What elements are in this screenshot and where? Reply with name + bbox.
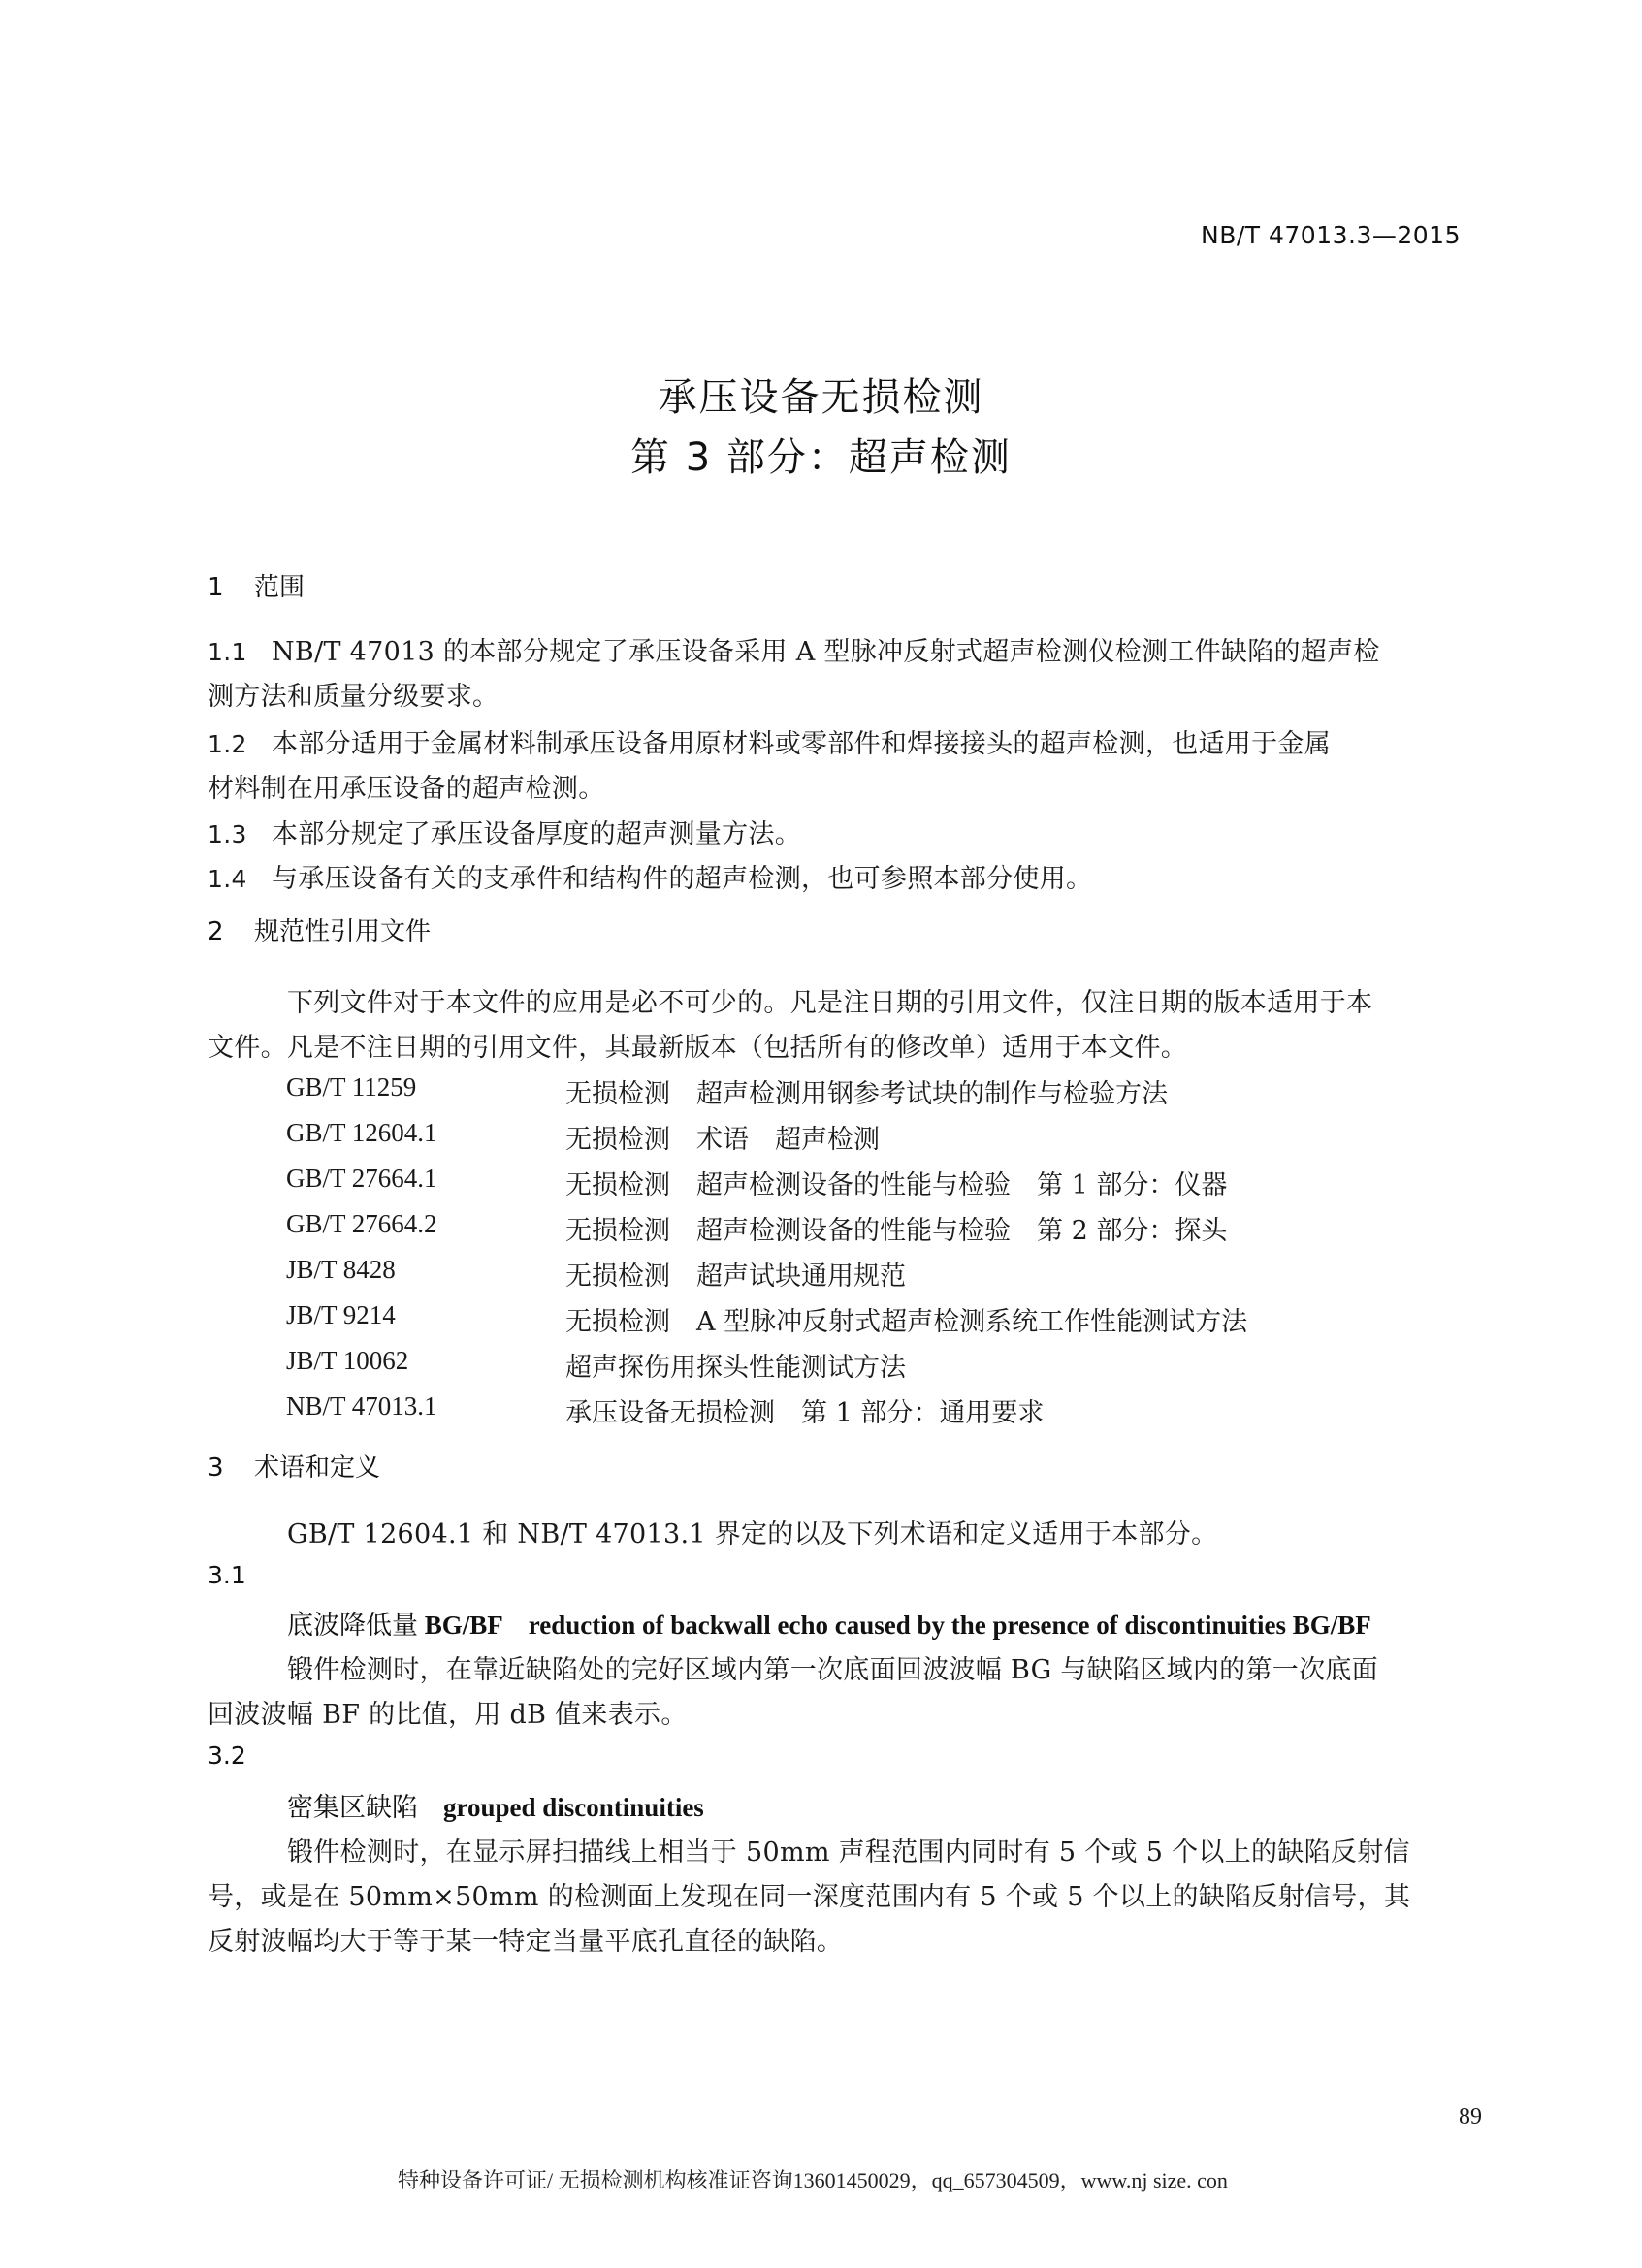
section-2-heading: 2规范性引用文件 xyxy=(208,911,431,947)
section-2-intro-continuation: 文件。凡是不注日期的引用文件，其最新版本（包括所有的修改单）适用于本文件。 xyxy=(208,1026,1494,1064)
section-1-heading: 1范围 xyxy=(208,567,305,603)
term-number: 3.2 xyxy=(208,1741,246,1770)
footer-watermark: 特种设备许可证/ 无损检测机构核准证咨询13601450029，qq_65730… xyxy=(398,2164,1228,2194)
reference-title: 无损检测 超声检测设备的性能与检验 第 2 部分：探头 xyxy=(565,1209,1227,1247)
document-title-line1: 承压设备无损检测 xyxy=(0,367,1642,422)
term-definition-continuation: 号，或是在 50mm×50mm 的检测面上发现在同一深度范围内有 5 个或 5 … xyxy=(208,1875,1494,1913)
standard-code: NB/T 47013.3—2015 xyxy=(1201,221,1461,249)
clause-1-2: 1.2本部分适用于金属材料制承压设备用原材料或零部件和焊接接头的超声检测，也适用… xyxy=(208,722,1494,760)
term-en: grouped discontinuities xyxy=(443,1793,704,1822)
term-definition-continuation: 反射波幅均大于等于某一特定当量平底孔直径的缺陷。 xyxy=(208,1920,1494,1958)
section-title: 术语和定义 xyxy=(254,1453,380,1483)
reference-code: JB/T 10062 xyxy=(286,1346,408,1376)
reference-title: 无损检测 术语 超声检测 xyxy=(565,1118,880,1156)
reference-code: GB/T 27664.1 xyxy=(286,1164,437,1194)
reference-title: 无损检测 超声检测用钢参考试块的制作与检验方法 xyxy=(565,1072,1168,1110)
term-zh-code: BG/BF xyxy=(418,1611,503,1640)
term-entry: 密集区缺陷grouped discontinuities xyxy=(287,1786,704,1824)
clause-number: 1.1 xyxy=(208,638,272,666)
reference-code: GB/T 12604.1 xyxy=(286,1118,437,1148)
term-number: 3.1 xyxy=(208,1561,246,1589)
section-number: 1 xyxy=(208,573,254,602)
reference-title: 承压设备无损检测 第 1 部分：通用要求 xyxy=(565,1391,1044,1429)
reference-title: 无损检测 超声试块通用规范 xyxy=(565,1255,906,1293)
term-en: reduction of backwall echo caused by the… xyxy=(529,1611,1371,1640)
reference-code: JB/T 9214 xyxy=(286,1300,396,1330)
term-entry: 底波降低量 BG/BFreduction of backwall echo ca… xyxy=(287,1604,1371,1642)
section-title: 规范性引用文件 xyxy=(254,917,431,946)
section-2-intro: 下列文件对于本文件的应用是必不可少的。凡是注日期的引用文件，仅注日期的版本适用于… xyxy=(287,981,1494,1019)
reference-code: NB/T 47013.1 xyxy=(286,1391,437,1421)
reference-title: 无损检测 A 型脉冲反射式超声检测系统工作性能测试方法 xyxy=(565,1300,1247,1338)
clause-text: 本部分适用于金属材料制承压设备用原材料或零部件和焊接接头的超声检测，也适用于金属 xyxy=(272,729,1331,759)
clause-number: 1.2 xyxy=(208,730,272,758)
term-definition: 锻件检测时，在靠近缺陷处的完好区域内第一次底面回波波幅 BG 与缺陷区域内的第一… xyxy=(287,1648,1494,1686)
clause-text: 与承压设备有关的支承件和结构件的超声检测，也可参照本部分使用。 xyxy=(272,864,1092,894)
term-definition: 锻件检测时，在显示屏扫描线上相当于 50mm 声程范围内同时有 5 个或 5 个… xyxy=(287,1831,1494,1869)
reference-code: GB/T 11259 xyxy=(286,1072,416,1102)
clause-1-2-continuation: 材料制在用承压设备的超声检测。 xyxy=(208,767,1494,805)
reference-title: 超声探伤用探头性能测试方法 xyxy=(565,1346,906,1384)
page-number: 89 xyxy=(1459,2104,1482,2130)
clause-text: 本部分规定了承压设备厚度的超声测量方法。 xyxy=(272,819,801,849)
clause-1-1: 1.1NB/T 47013 的本部分规定了承压设备采用 A 型脉冲反射式超声检测… xyxy=(208,630,1494,668)
clause-1-1-continuation: 测方法和质量分级要求。 xyxy=(208,675,1494,713)
term-zh: 底波降低量 xyxy=(287,1611,418,1641)
reference-title: 无损检测 超声检测设备的性能与检验 第 1 部分：仪器 xyxy=(565,1164,1227,1201)
section-number: 3 xyxy=(208,1453,254,1483)
section-3-intro: GB/T 12604.1 和 NB/T 47013.1 界定的以及下列术语和定义… xyxy=(287,1513,1573,1550)
clause-1-4: 1.4与承压设备有关的支承件和结构件的超声检测，也可参照本部分使用。 xyxy=(208,857,1494,895)
term-definition-continuation: 回波波幅 BF 的比值，用 dB 值来表示。 xyxy=(208,1693,1494,1731)
reference-code: GB/T 27664.2 xyxy=(286,1209,437,1239)
clause-number: 1.3 xyxy=(208,820,272,848)
reference-code: JB/T 8428 xyxy=(286,1255,396,1285)
clause-1-3: 1.3本部分规定了承压设备厚度的超声测量方法。 xyxy=(208,813,1494,850)
document-title-line2: 第 3 部分：超声检测 xyxy=(0,427,1642,482)
section-title: 范围 xyxy=(254,573,305,602)
clause-text: NB/T 47013 的本部分规定了承压设备采用 A 型脉冲反射式超声检测仪检测… xyxy=(272,637,1380,667)
section-3-heading: 3术语和定义 xyxy=(208,1448,380,1484)
term-zh: 密集区缺陷 xyxy=(287,1793,418,1823)
clause-number: 1.4 xyxy=(208,865,272,893)
section-number: 2 xyxy=(208,917,254,946)
